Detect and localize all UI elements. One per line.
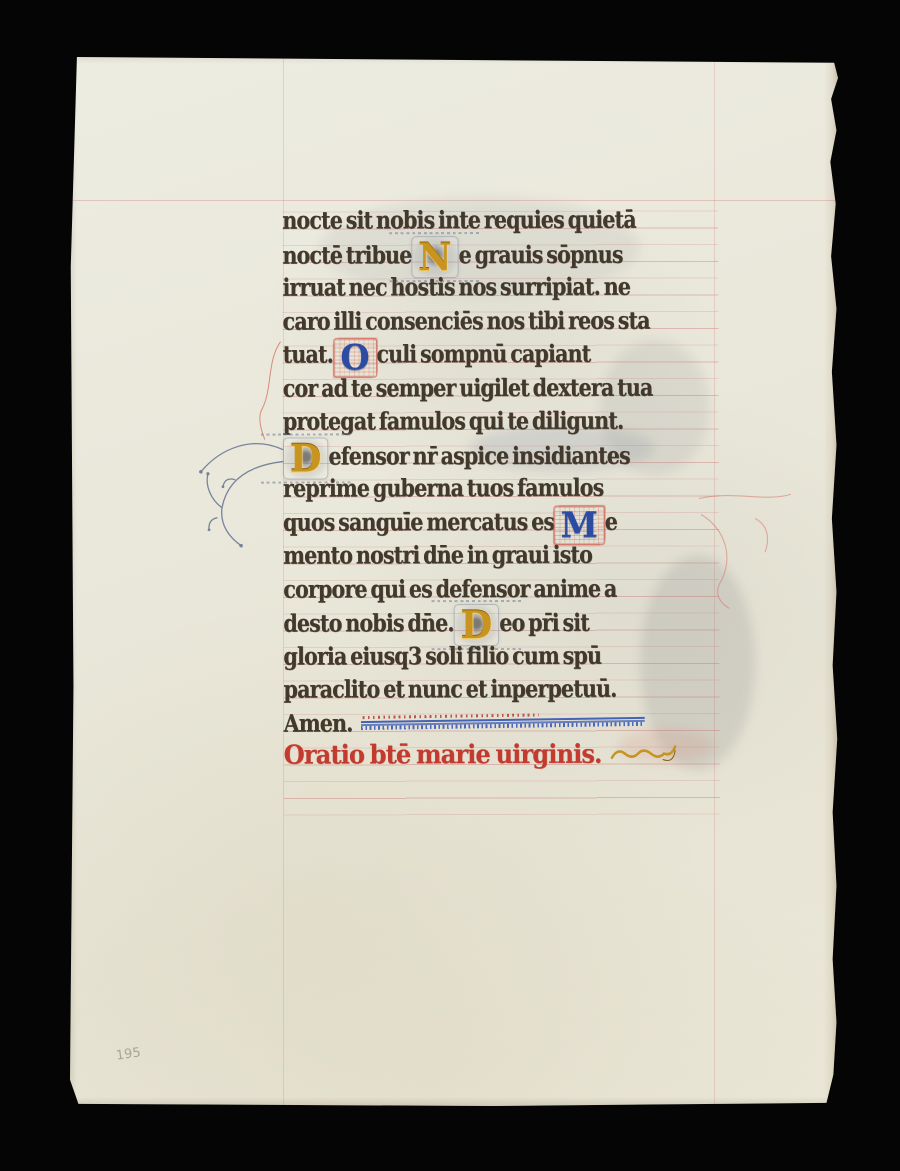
text-segment: cor ad te semper uigilet dextera tua <box>283 372 653 402</box>
manuscript-line-5: tuat.Oculi sompnū capiant <box>283 336 719 371</box>
text-segment: caro illi consenciēs nos tibi reos sta <box>282 305 649 335</box>
manuscript-line-16: Amen. <box>284 705 720 740</box>
text-segment: Amen. <box>284 708 353 737</box>
text-segment: e <box>605 506 617 535</box>
pencil-folio-number: 195 <box>115 1045 142 1063</box>
penwork-hairline-red-icon <box>257 342 283 446</box>
manuscript-line-4: caro illi consenciēs nos tibi reos sta <box>282 303 718 338</box>
manuscript-line-6: cor ad te semper uigilet dextera tua <box>283 370 719 405</box>
text-segment: e grauis sōpnus <box>458 239 622 268</box>
text-segment: nocte sit nobis inte requies quietā <box>282 205 636 235</box>
vellum-leaf: nocte sit nobis inte requies quietānoctē… <box>70 57 838 1106</box>
decorative-line-filler <box>361 711 645 729</box>
manuscript-line-8: Defensor nr̄ aspice insidiantes <box>283 437 719 472</box>
text-segment: reprime guberna tuos famulos <box>283 473 603 503</box>
text-segment: noctē tribue <box>282 240 411 269</box>
manuscript-line-3: irruat nec hostis nos surripiat. ne <box>282 269 718 304</box>
text-block: nocte sit nobis inte requies quietānoctē… <box>282 202 720 815</box>
manuscript-line-14: gloria eiusq3 soli filio cum spū <box>283 638 719 673</box>
margin-penwork-spray-icon <box>191 422 287 554</box>
text-segment: mento nostri dn̄e in graui isto <box>283 540 592 570</box>
text-segment: desto nobis dn̄e. <box>283 608 453 637</box>
manuscript-line-15: paraclito et nunc et inperpetuū. <box>283 671 719 706</box>
manuscript-lines: nocte sit nobis inte requies quietānoctē… <box>282 202 719 739</box>
rubric-line: Oratio btē marie uirginis. <box>284 738 720 773</box>
text-segment: efensor nr̄ aspice insidiantes <box>328 440 629 470</box>
text-segment: culi sompnū capiant <box>376 339 590 369</box>
text-segment: eo pr̄i sit <box>499 608 589 637</box>
text-segment: quos sanguīe mercatus es <box>283 506 554 536</box>
text-segment: protegat famulos qui te diligunt. <box>283 406 624 436</box>
manuscript-line-13: desto nobis dn̄e.Deo pr̄i sit <box>283 604 719 639</box>
manuscript-line-10: quos sanguīe mercatus esMe <box>283 504 719 539</box>
text-segment: tuat. <box>283 339 333 368</box>
text-segment: irruat nec hostis nos surripiat. ne <box>282 272 630 302</box>
manuscript-line-11: mento nostri dn̄e in graui isto <box>283 537 719 572</box>
manuscript-line-9: reprime guberna tuos famulos <box>283 470 719 505</box>
text-segment: corpore qui es defensor anime a <box>283 573 616 603</box>
rubric-text: Oratio btē marie uirginis. <box>284 740 602 771</box>
manuscript-line-1: nocte sit nobis inte requies quietā <box>282 202 718 237</box>
photo-background: nocte sit nobis inte requies quietānoctē… <box>0 0 900 1171</box>
ruling-line-horizontal <box>70 200 838 201</box>
text-segment: paraclito et nunc et inperpetuū. <box>283 674 616 704</box>
manuscript-line-2: noctē tribueNe grauis sōpnus <box>282 236 718 271</box>
rubric-gold-flourish-icon <box>609 745 678 765</box>
text-segment: gloria eiusq3 soli filio cum spū <box>283 640 601 670</box>
